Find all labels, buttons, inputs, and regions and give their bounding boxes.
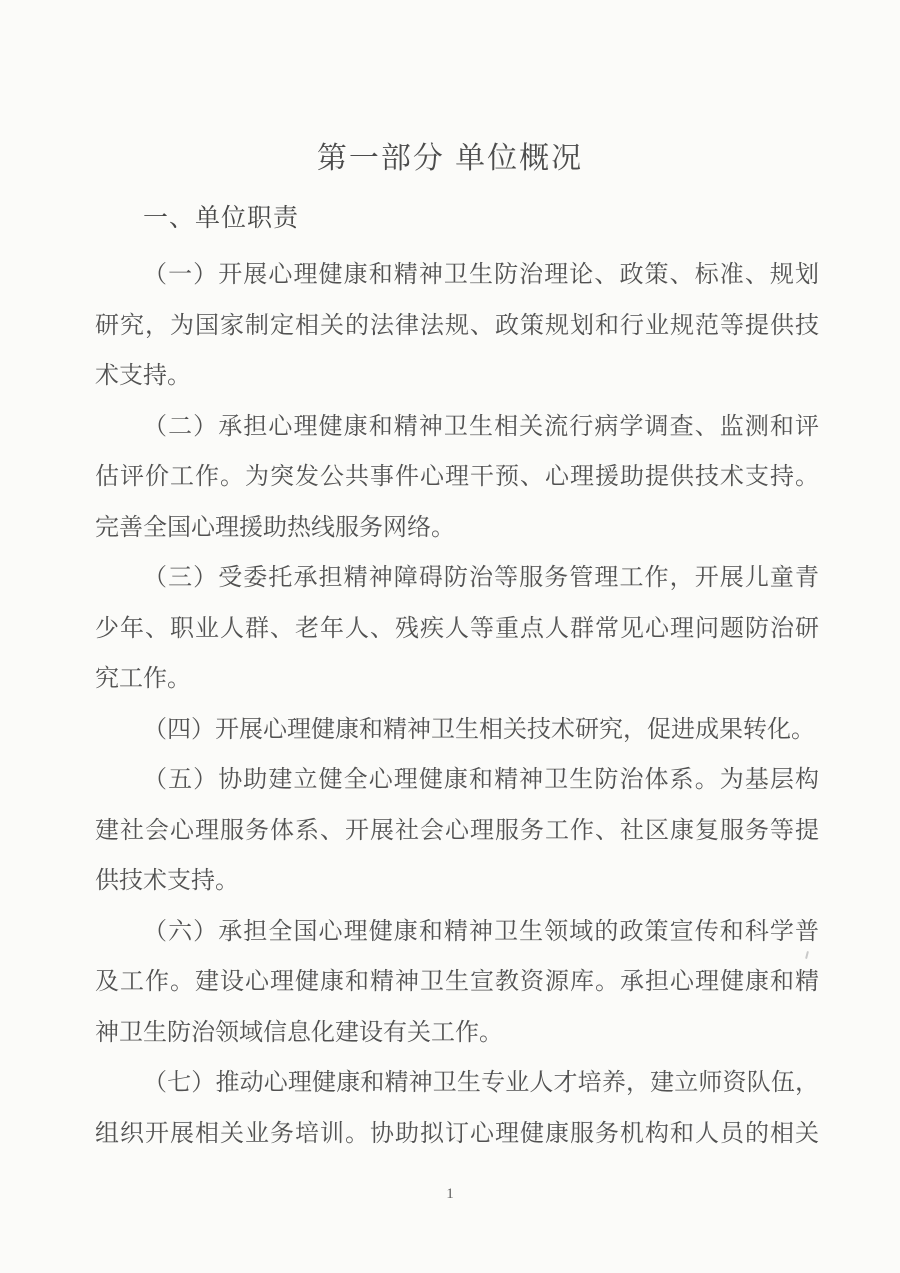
paragraph-line: （七）推动心理健康和精神卫生专业人才培养，建立师资队伍， [95,1058,819,1109]
paragraph-line: 神卫生防治领域信息化建设有关工作。 [95,1008,819,1059]
paragraph-line: （四）开展心理健康和精神卫生相关技术研究，促进成果转化。 [95,705,819,756]
paragraph-line: 完善全国心理援助热线服务网络。 [95,503,819,554]
paragraph-line: （五）协助建立健全心理健康和精神卫生防治体系。为基层构 [95,755,819,806]
paragraph: （七）推动心理健康和精神卫生专业人才培养，建立师资队伍， 组织开展相关业务培训。… [95,1058,819,1159]
document-title: 第一部分 单位概况 [0,133,900,177]
paragraph-line: （六）承担全国心理健康和精神卫生领域的政策宣传和科学普 [95,907,819,958]
paragraph-line: 建社会心理服务体系、开展社会心理服务工作、社区康复服务等提 [95,806,819,857]
paragraph: （四）开展心理健康和精神卫生相关技术研究，促进成果转化。 [95,705,819,756]
paragraph: （六）承担全国心理健康和精神卫生领域的政策宣传和科学普 及工作。建设心理健康和精… [95,907,819,1059]
paragraph-line: （三）受委托承担精神障碍防治等服务管理工作，开展儿童青 [95,553,819,604]
paragraph-line: 估评价工作。为突发公共事件心理干预、心理援助提供技术支持。 [95,452,819,503]
paragraph-line: （二）承担心理健康和精神卫生相关流行病学调查、监测和评 [95,402,819,453]
document-page: 第一部分 单位概况 一、单位职责 （一）开展心理健康和精神卫生防治理论、政策、标… [0,0,900,1273]
paragraph: （五）协助建立健全心理健康和精神卫生防治体系。为基层构 建社会心理服务体系、开展… [95,755,819,907]
section-heading: 一、单位职责 [143,198,299,234]
paragraph-line: 术支持。 [95,351,819,402]
paragraph: （三）受委托承担精神障碍防治等服务管理工作，开展儿童青 少年、职业人群、老年人、… [95,553,819,705]
paragraph-line: 组织开展相关业务培训。协助拟订心理健康服务机构和人员的相关 [95,1109,819,1160]
page-number: 1 [0,1186,900,1203]
paragraph-line: 少年、职业人群、老年人、残疾人等重点人群常见心理问题防治研 [95,604,819,655]
paragraph-line: （一）开展心理健康和精神卫生防治理论、政策、标准、规划 [95,250,819,301]
paragraph-line: 研究，为国家制定相关的法律法规、政策规划和行业规范等提供技 [95,301,819,352]
paragraph-line: 究工作。 [95,654,819,705]
paragraph: （一）开展心理健康和精神卫生防治理论、政策、标准、规划 研究，为国家制定相关的法… [95,250,819,402]
document-body: （一）开展心理健康和精神卫生防治理论、政策、标准、规划 研究，为国家制定相关的法… [95,250,819,1159]
paragraph-line: 供技术支持。 [95,856,819,907]
paragraph-line: 及工作。建设心理健康和精神卫生宣教资源库。承担心理健康和精 [95,957,819,1008]
paragraph: （二）承担心理健康和精神卫生相关流行病学调查、监测和评 估评价工作。为突发公共事… [95,402,819,554]
